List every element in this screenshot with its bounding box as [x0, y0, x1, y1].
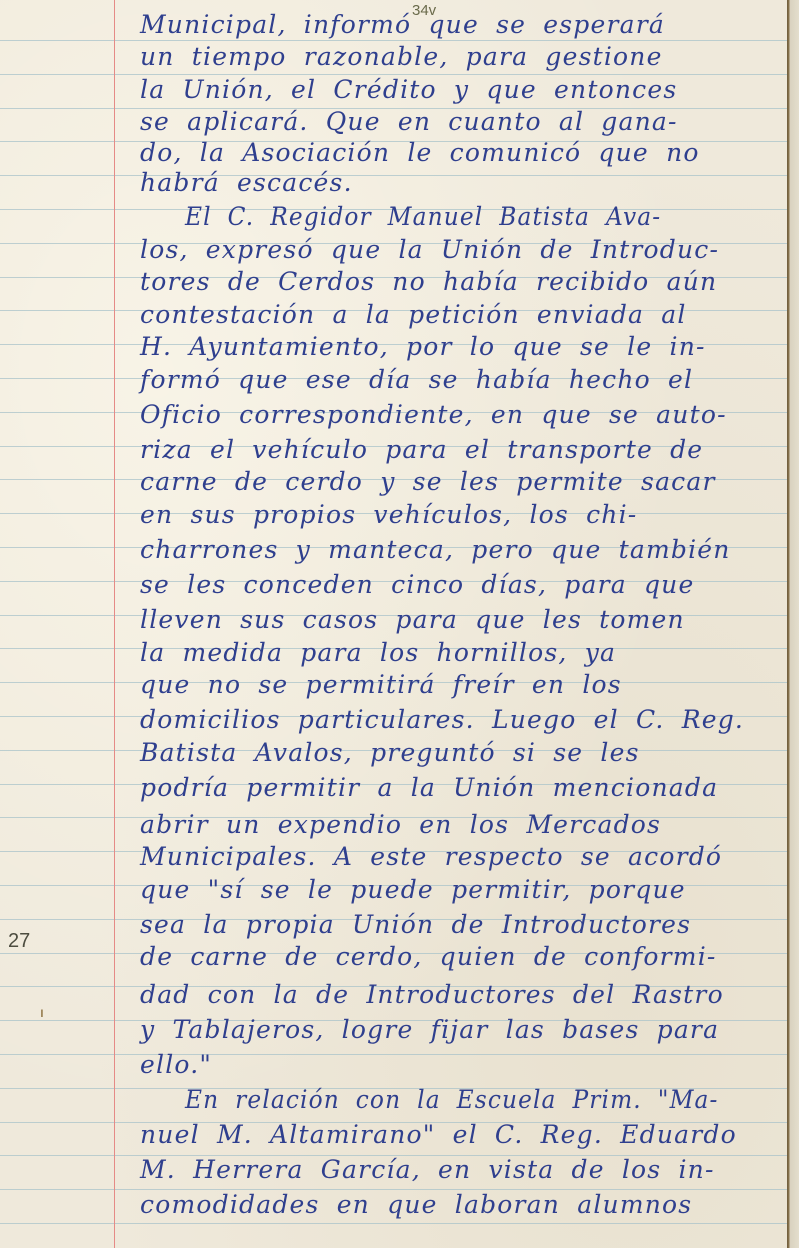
- handwritten-line: En relación con la Escuela Prim. "Ma-: [185, 1085, 781, 1115]
- handwritten-line: domicilios particulares. Luego el C. Reg…: [140, 705, 780, 735]
- handwritten-line: y Tablajeros, logre fijar las bases para: [140, 1015, 780, 1045]
- ruled-line: [0, 40, 787, 41]
- handwritten-line: tores de Cerdos no había recibido aún: [140, 267, 780, 297]
- handwritten-line: podría permitir a la Unión mencionada: [140, 773, 780, 803]
- handwritten-line: lleven sus casos para que les tomen: [140, 605, 780, 635]
- margin-annotation: 27: [8, 930, 30, 953]
- handwritten-line: los, expresó que la Unión de Introduc-: [140, 235, 780, 265]
- handwritten-line: que "sí se le puede permitir, porque: [140, 875, 780, 905]
- handwritten-line: Batista Avalos, preguntó si se les: [140, 738, 780, 768]
- handwritten-line: Municipales. A este respecto se acordó: [140, 842, 780, 872]
- handwritten-line: riza el vehículo para el transporte de: [140, 435, 780, 465]
- handwritten-line: nuel M. Altamirano" el C. Reg. Eduardo: [140, 1120, 780, 1150]
- handwritten-line: de carne de cerdo, quien de conformi-: [140, 942, 780, 972]
- handwritten-line: dad con la de Introductores del Rastro: [140, 980, 780, 1010]
- handwritten-line: charrones y manteca, pero que también: [140, 535, 780, 565]
- handwritten-line: Municipal, informó que se esperará: [140, 10, 780, 40]
- handwritten-line: se aplicará. Que en cuanto al gana-: [140, 107, 780, 137]
- handwritten-line: que no se permitirá freír en los: [140, 670, 780, 700]
- handwritten-line: sea la propia Unión de Introductores: [140, 910, 780, 940]
- handwritten-line: contestación a la petición enviada al: [140, 300, 780, 330]
- handwritten-line: comodidades en que laboran alumnos: [140, 1190, 780, 1220]
- handwritten-line: la medida para los hornillos, ya: [140, 638, 780, 668]
- handwritten-line: se les conceden cinco días, para que: [140, 570, 780, 600]
- handwritten-line: un tiempo razonable, para gestione: [140, 42, 780, 72]
- handwritten-line: do, la Asociación le comunicó que no: [140, 138, 780, 168]
- handwritten-line: carne de cerdo y se les permite sacar: [140, 467, 780, 497]
- handwritten-line: formó que ese día se había hecho el: [140, 365, 780, 395]
- handwritten-line: ello.": [140, 1050, 780, 1080]
- margin-ink-mark: ı: [40, 1004, 44, 1020]
- handwritten-line: la Unión, el Crédito y que entonces: [140, 75, 780, 105]
- handwritten-line: habrá escacés.: [140, 168, 780, 198]
- red-margin-line: [114, 0, 115, 1248]
- handwritten-line: en sus propios vehículos, los chi-: [140, 500, 780, 530]
- adjacent-page-edge: [787, 0, 799, 1248]
- handwritten-line: Oficio correspondiente, en que se auto-: [140, 400, 780, 430]
- handwritten-line: H. Ayuntamiento, por lo que se le in-: [140, 332, 780, 362]
- handwritten-line: M. Herrera García, en vista de los in-: [140, 1155, 780, 1185]
- ruled-line: [0, 1223, 787, 1224]
- handwritten-line: El C. Regidor Manuel Batista Ava-: [185, 202, 781, 232]
- notebook-page: 34v 27 ı Municipal, informó que se esper…: [0, 0, 787, 1248]
- handwritten-line: abrir un expendio en los Mercados: [140, 810, 780, 840]
